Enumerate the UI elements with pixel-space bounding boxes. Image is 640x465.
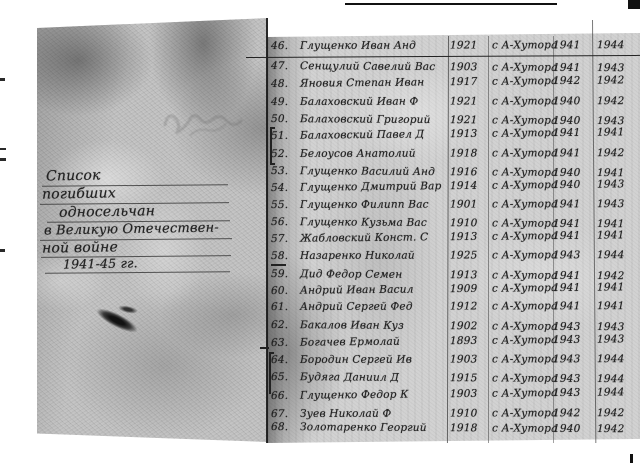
- row-number: 55.: [271, 199, 288, 211]
- row-place: с А-Хутора: [492, 300, 558, 312]
- scan-corner-block: [628, 0, 640, 9]
- row-draft-year: 1941: [553, 39, 581, 51]
- row-death-year: 1942: [597, 74, 625, 86]
- row-name: Глущенко Иван Анд: [300, 40, 416, 52]
- row-place: с А-Хутора: [492, 387, 558, 400]
- row-place: с А-Хутора: [492, 147, 558, 159]
- row-number: 64.: [271, 354, 288, 366]
- row-draft-year: 1941: [553, 147, 581, 159]
- row-draft-year: 1941: [553, 270, 581, 282]
- row-birth-year: 1902: [450, 320, 478, 332]
- row-place: с А-Хутора: [492, 179, 558, 192]
- row-draft-year: 1940: [553, 423, 581, 435]
- row-place: с А-Хутора: [492, 61, 558, 73]
- row-birth-year: 1903: [450, 388, 478, 400]
- row-number: 59.: [271, 268, 288, 280]
- row-name: Будяга Даниил Д: [300, 371, 399, 384]
- row-place: с А-Хутора: [492, 249, 558, 261]
- row-birth-year: 1903: [450, 61, 478, 73]
- row-number: 53.: [271, 165, 288, 177]
- row-name: Зуев Николай Ф: [300, 408, 391, 420]
- scan-top-hairline: [345, 3, 557, 5]
- row-death-year: 1944: [597, 249, 625, 261]
- table-row: 49. Балаховский Иван Ф 1921 с А-Хутора 1…: [0, 95, 640, 113]
- scan-left-edge-tick-1: [0, 78, 5, 81]
- row-number: 58.: [271, 250, 288, 262]
- row-draft-year: 1940: [553, 167, 581, 179]
- row-birth-year: 1903: [450, 353, 478, 365]
- row-number: 63.: [271, 337, 288, 349]
- row-place: с А-Хутора: [492, 334, 558, 347]
- scan-bottom-tick: [630, 454, 633, 463]
- row-number: 67.: [271, 408, 288, 420]
- row-draft-year: 1940: [553, 179, 581, 191]
- row-place: с А-Хутора: [492, 75, 558, 88]
- row-birth-year: 1913: [450, 231, 478, 243]
- table-row: 61. Андрий Сергей Фед 1912 с А-Хутора 19…: [0, 300, 640, 318]
- row-number: 49.: [271, 96, 288, 108]
- row-place: с А-Хутора: [492, 407, 558, 419]
- row-60-overbar: [271, 264, 286, 266]
- row-name: Бакалов Иван Куз: [300, 319, 404, 332]
- row-death-year: 1942: [597, 95, 625, 107]
- row-number: 61.: [271, 301, 288, 313]
- row-draft-year: 1943: [553, 387, 581, 399]
- row-death-year: 1943: [597, 333, 625, 345]
- row-name: Глущенко Федор К: [300, 389, 409, 402]
- row-birth-year: 1925: [450, 249, 478, 261]
- row-place: с А-Хутора: [492, 166, 558, 178]
- row-number: 54.: [271, 182, 288, 194]
- row-place: с А-Хутора: [492, 39, 558, 51]
- row-name: Андрий Иван Васил: [300, 283, 414, 296]
- row-birth-year: 1921: [450, 95, 478, 107]
- row-name: Сенщулий Савелий Вас: [300, 60, 435, 73]
- row-bracket-64-65: [269, 352, 271, 394]
- row-draft-year: 1941: [553, 127, 581, 139]
- row-number: 50.: [271, 113, 288, 125]
- row-place: с А-Хутора: [492, 217, 558, 229]
- table-row: 64. Бородин Сергей Ив 1903 с А-Хутора 19…: [0, 353, 640, 371]
- row-number: 52.: [271, 148, 288, 160]
- row-number: 62.: [271, 319, 288, 331]
- row-place: с А-Хутора: [492, 114, 558, 126]
- row-number: 48.: [271, 78, 288, 90]
- row-draft-year: 1941: [553, 198, 581, 210]
- row-bracket-tick: [270, 127, 275, 129]
- row-name: Глущенко Кузьма Вас: [300, 216, 427, 229]
- row-name: Жабловский Конст. С: [300, 231, 428, 244]
- row-bracket-tick: [270, 163, 275, 165]
- row-birth-year: 1910: [450, 217, 478, 229]
- table-row: 52. Белоусов Анатолий 1918 с А-Хутора 19…: [0, 147, 640, 165]
- row-death-year: 1942: [597, 423, 625, 435]
- row-death-year: 1944: [597, 373, 625, 385]
- row-draft-year: 1943: [553, 334, 581, 346]
- row-death-year: 1944: [597, 386, 625, 398]
- row-draft-year: 1940: [553, 115, 581, 127]
- row-draft-year: 1941: [553, 218, 581, 230]
- row-number: 65.: [271, 371, 288, 383]
- row-draft-year: 1941: [553, 62, 581, 74]
- row-birth-year: 1921: [450, 114, 478, 126]
- row-name: Андрий Сергей Фед: [300, 301, 413, 313]
- row-name: Назаренко Николай: [300, 250, 415, 262]
- row-draft-year: 1943: [553, 249, 581, 261]
- row-birth-year: 1917: [450, 76, 478, 88]
- row-draft-year: 1943: [553, 353, 581, 365]
- table-row: 55. Глущенко Филипп Вас 1901 с А-Хутора …: [0, 198, 640, 216]
- row-birth-year: 1910: [450, 407, 478, 419]
- row-place: с А-Хутора: [492, 127, 558, 140]
- row-birth-year: 1915: [450, 372, 478, 384]
- row-number: 57.: [271, 233, 288, 245]
- row-name: Глущенко Василий Анд: [300, 165, 435, 178]
- row-number: 47.: [271, 60, 288, 72]
- row-name: Бородин Сергей Ив: [300, 354, 412, 366]
- row-name: Яновия Степан Иван: [300, 76, 425, 89]
- row-birth-year: 1921: [450, 39, 478, 51]
- row-name: Балаховский Григорий: [300, 113, 431, 126]
- row-number: 46.: [271, 40, 288, 52]
- row-name: Золотаренко Георгий: [300, 421, 427, 434]
- row-death-year: 1944: [597, 39, 625, 51]
- row-place: с А-Хутора: [492, 95, 558, 107]
- table-row: 46. Глущенко Иван Анд 1921 с А-Хутора 19…: [0, 39, 640, 57]
- row-place: с А-Хутора: [492, 282, 558, 295]
- row-place: с А-Хутора: [492, 372, 558, 384]
- row-number: 66.: [271, 390, 288, 402]
- row-place: с А-Хутора: [492, 320, 558, 332]
- scan-left-edge-tick-2: [0, 148, 6, 150]
- row-draft-year: 1943: [553, 373, 581, 385]
- scan-left-edge-tick-4: [0, 249, 5, 252]
- row-birth-year: 1918: [450, 422, 478, 434]
- row-death-year: 1943: [597, 321, 625, 333]
- row-draft-year: 1941: [553, 282, 581, 294]
- row-death-year: 1943: [597, 62, 625, 74]
- row-birth-year: 1913: [450, 269, 478, 281]
- row-63-dash: [260, 347, 269, 349]
- row-place: с А-Хутора: [492, 353, 558, 365]
- row-death-year: 1943: [597, 198, 625, 210]
- row-draft-year: 1942: [553, 75, 581, 87]
- row-number: 60.: [271, 285, 288, 297]
- row-name: Балаховский Павел Д: [300, 128, 425, 141]
- row-name: Балаховский Иван Ф: [300, 96, 418, 108]
- row-death-year: 1942: [597, 407, 625, 419]
- row-death-year: 1944: [597, 353, 625, 365]
- row-draft-year: 1941: [553, 230, 581, 242]
- row-place: с А-Хутора: [492, 230, 558, 243]
- row-death-year: 1941: [597, 126, 625, 138]
- row-number: 68.: [271, 421, 288, 433]
- row-draft-year: 1941: [553, 300, 581, 312]
- row-birth-year: 1916: [450, 166, 478, 178]
- row-place: с А-Хутора: [492, 269, 558, 281]
- row-death-year: 1943: [597, 178, 625, 190]
- row-place: с А-Хутора: [492, 422, 558, 434]
- row-birth-year: 1909: [450, 283, 478, 295]
- row-bracket-51-52: [270, 127, 272, 165]
- row-draft-year: 1943: [553, 321, 581, 333]
- row-birth-year: 1918: [450, 147, 478, 159]
- scanned-document: Список погибших односельчан в Великую От…: [0, 0, 640, 465]
- row-death-year: 1942: [597, 147, 625, 159]
- row-death-year: 1941: [597, 229, 625, 241]
- row-place: с А-Хутора: [492, 198, 558, 210]
- row-birth-year: 1912: [450, 300, 478, 312]
- row-death-year: 1941: [597, 300, 625, 312]
- row-number: 56.: [271, 216, 288, 228]
- scan-left-edge-tick-3: [0, 158, 6, 161]
- row-birth-year: 1913: [450, 128, 478, 140]
- row-death-year: 1941: [597, 281, 625, 293]
- table-row: 58. Назаренко Николай 1925 с А-Хутора 19…: [0, 249, 640, 267]
- row-draft-year: 1942: [553, 407, 581, 419]
- row-name: Дид Федор Семен: [300, 268, 402, 281]
- row-birth-year: 1914: [450, 180, 478, 192]
- row-birth-year: 1901: [450, 198, 478, 210]
- table-row: 68. Золотаренко Георгий 1918 с А-Хутора …: [0, 419, 640, 439]
- row-name: Богачев Ермолай: [300, 336, 400, 349]
- row-name: Белоусов Анатолий: [300, 148, 416, 160]
- row-birth-year: 1893: [450, 335, 478, 347]
- row-draft-year: 1940: [553, 95, 581, 107]
- row-number: 51.: [271, 130, 288, 142]
- row-bracket-tick: [269, 352, 274, 354]
- row-name: Глущенко Дмитрий Вар: [300, 180, 442, 193]
- row-name: Глущенко Филипп Вас: [300, 199, 429, 211]
